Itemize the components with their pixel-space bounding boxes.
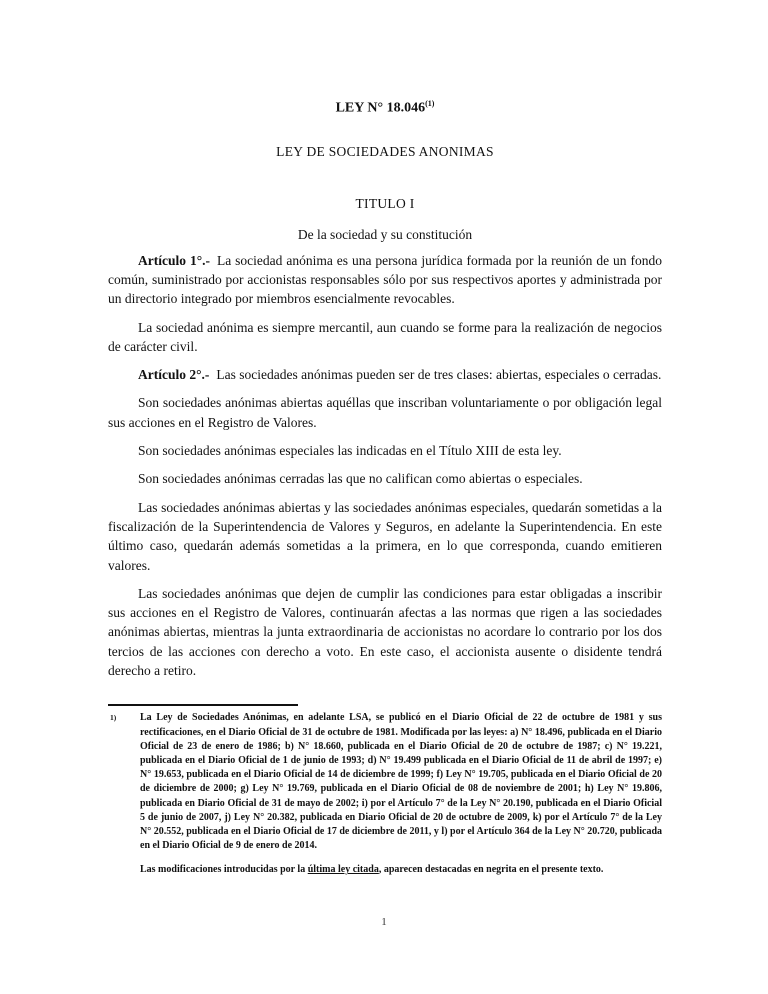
title-subheading: De la sociedad y su constitución [108, 227, 662, 243]
document-page: LEY N° 18.046(1) LEY DE SOCIEDADES ANONI… [0, 0, 768, 994]
paragraph: Son sociedades anónimas abiertas aquélla… [108, 393, 662, 432]
article-lead: Artículo 1°.- [138, 253, 210, 268]
note-prefix: Las modificaciones introducidas por la [140, 864, 308, 875]
paragraph-text: Son sociedades anónimas cerradas las que… [138, 471, 583, 486]
paragraph-text: Las sociedades anónimas abiertas y las s… [108, 500, 662, 573]
footnote-separator [108, 704, 298, 706]
note-underlined-phrase: última ley citada [308, 864, 379, 875]
paragraph-text: Son sociedades anónimas especiales las i… [138, 443, 562, 458]
paragraph-articulo-2: Artículo 2°.-Las sociedades anónimas pue… [108, 365, 662, 384]
paragraph-text: La sociedad anónima es siempre mercantil… [108, 320, 662, 354]
title-heading: TITULO I [108, 196, 662, 212]
law-number: LEY N° 18.046 [336, 101, 425, 116]
page-content: LEY N° 18.046(1) LEY DE SOCIEDADES ANONI… [108, 95, 662, 878]
paragraph: Las sociedades anónimas abiertas y las s… [108, 498, 662, 575]
footnote-text: La Ley de Sociedades Anónimas, en adelan… [140, 712, 662, 851]
footnote-1: 1) La Ley de Sociedades Anónimas, en ade… [140, 711, 662, 853]
footnote-marker: 1) [110, 711, 116, 725]
footnote-reference: (1) [425, 99, 434, 108]
article-lead: Artículo 2°.- [138, 367, 209, 382]
paragraph: Son sociedades anónimas cerradas las que… [108, 469, 662, 488]
document-subtitle: LEY DE SOCIEDADES ANONIMAS [108, 144, 662, 160]
note-suffix: , aparecen destacadas en negrita en el p… [379, 864, 604, 875]
document-title: LEY N° 18.046(1) [108, 95, 662, 117]
paragraph-text: Las sociedades anónimas pueden ser de tr… [216, 367, 661, 382]
body-text: Artículo 1°.-La sociedad anónima es una … [108, 251, 662, 681]
paragraph-text: Las sociedades anónimas que dejen de cum… [108, 586, 662, 678]
paragraph: La sociedad anónima es siempre mercantil… [108, 318, 662, 357]
paragraph: Son sociedades anónimas especiales las i… [108, 441, 662, 460]
page-number: 1 [0, 916, 768, 928]
footnote-modifications-note: Las modificaciones introducidas por la ú… [140, 863, 662, 877]
paragraph-articulo-1: Artículo 1°.-La sociedad anónima es una … [108, 251, 662, 309]
paragraph: Las sociedades anónimas que dejen de cum… [108, 584, 662, 680]
paragraph-text: Son sociedades anónimas abiertas aquélla… [108, 395, 662, 429]
